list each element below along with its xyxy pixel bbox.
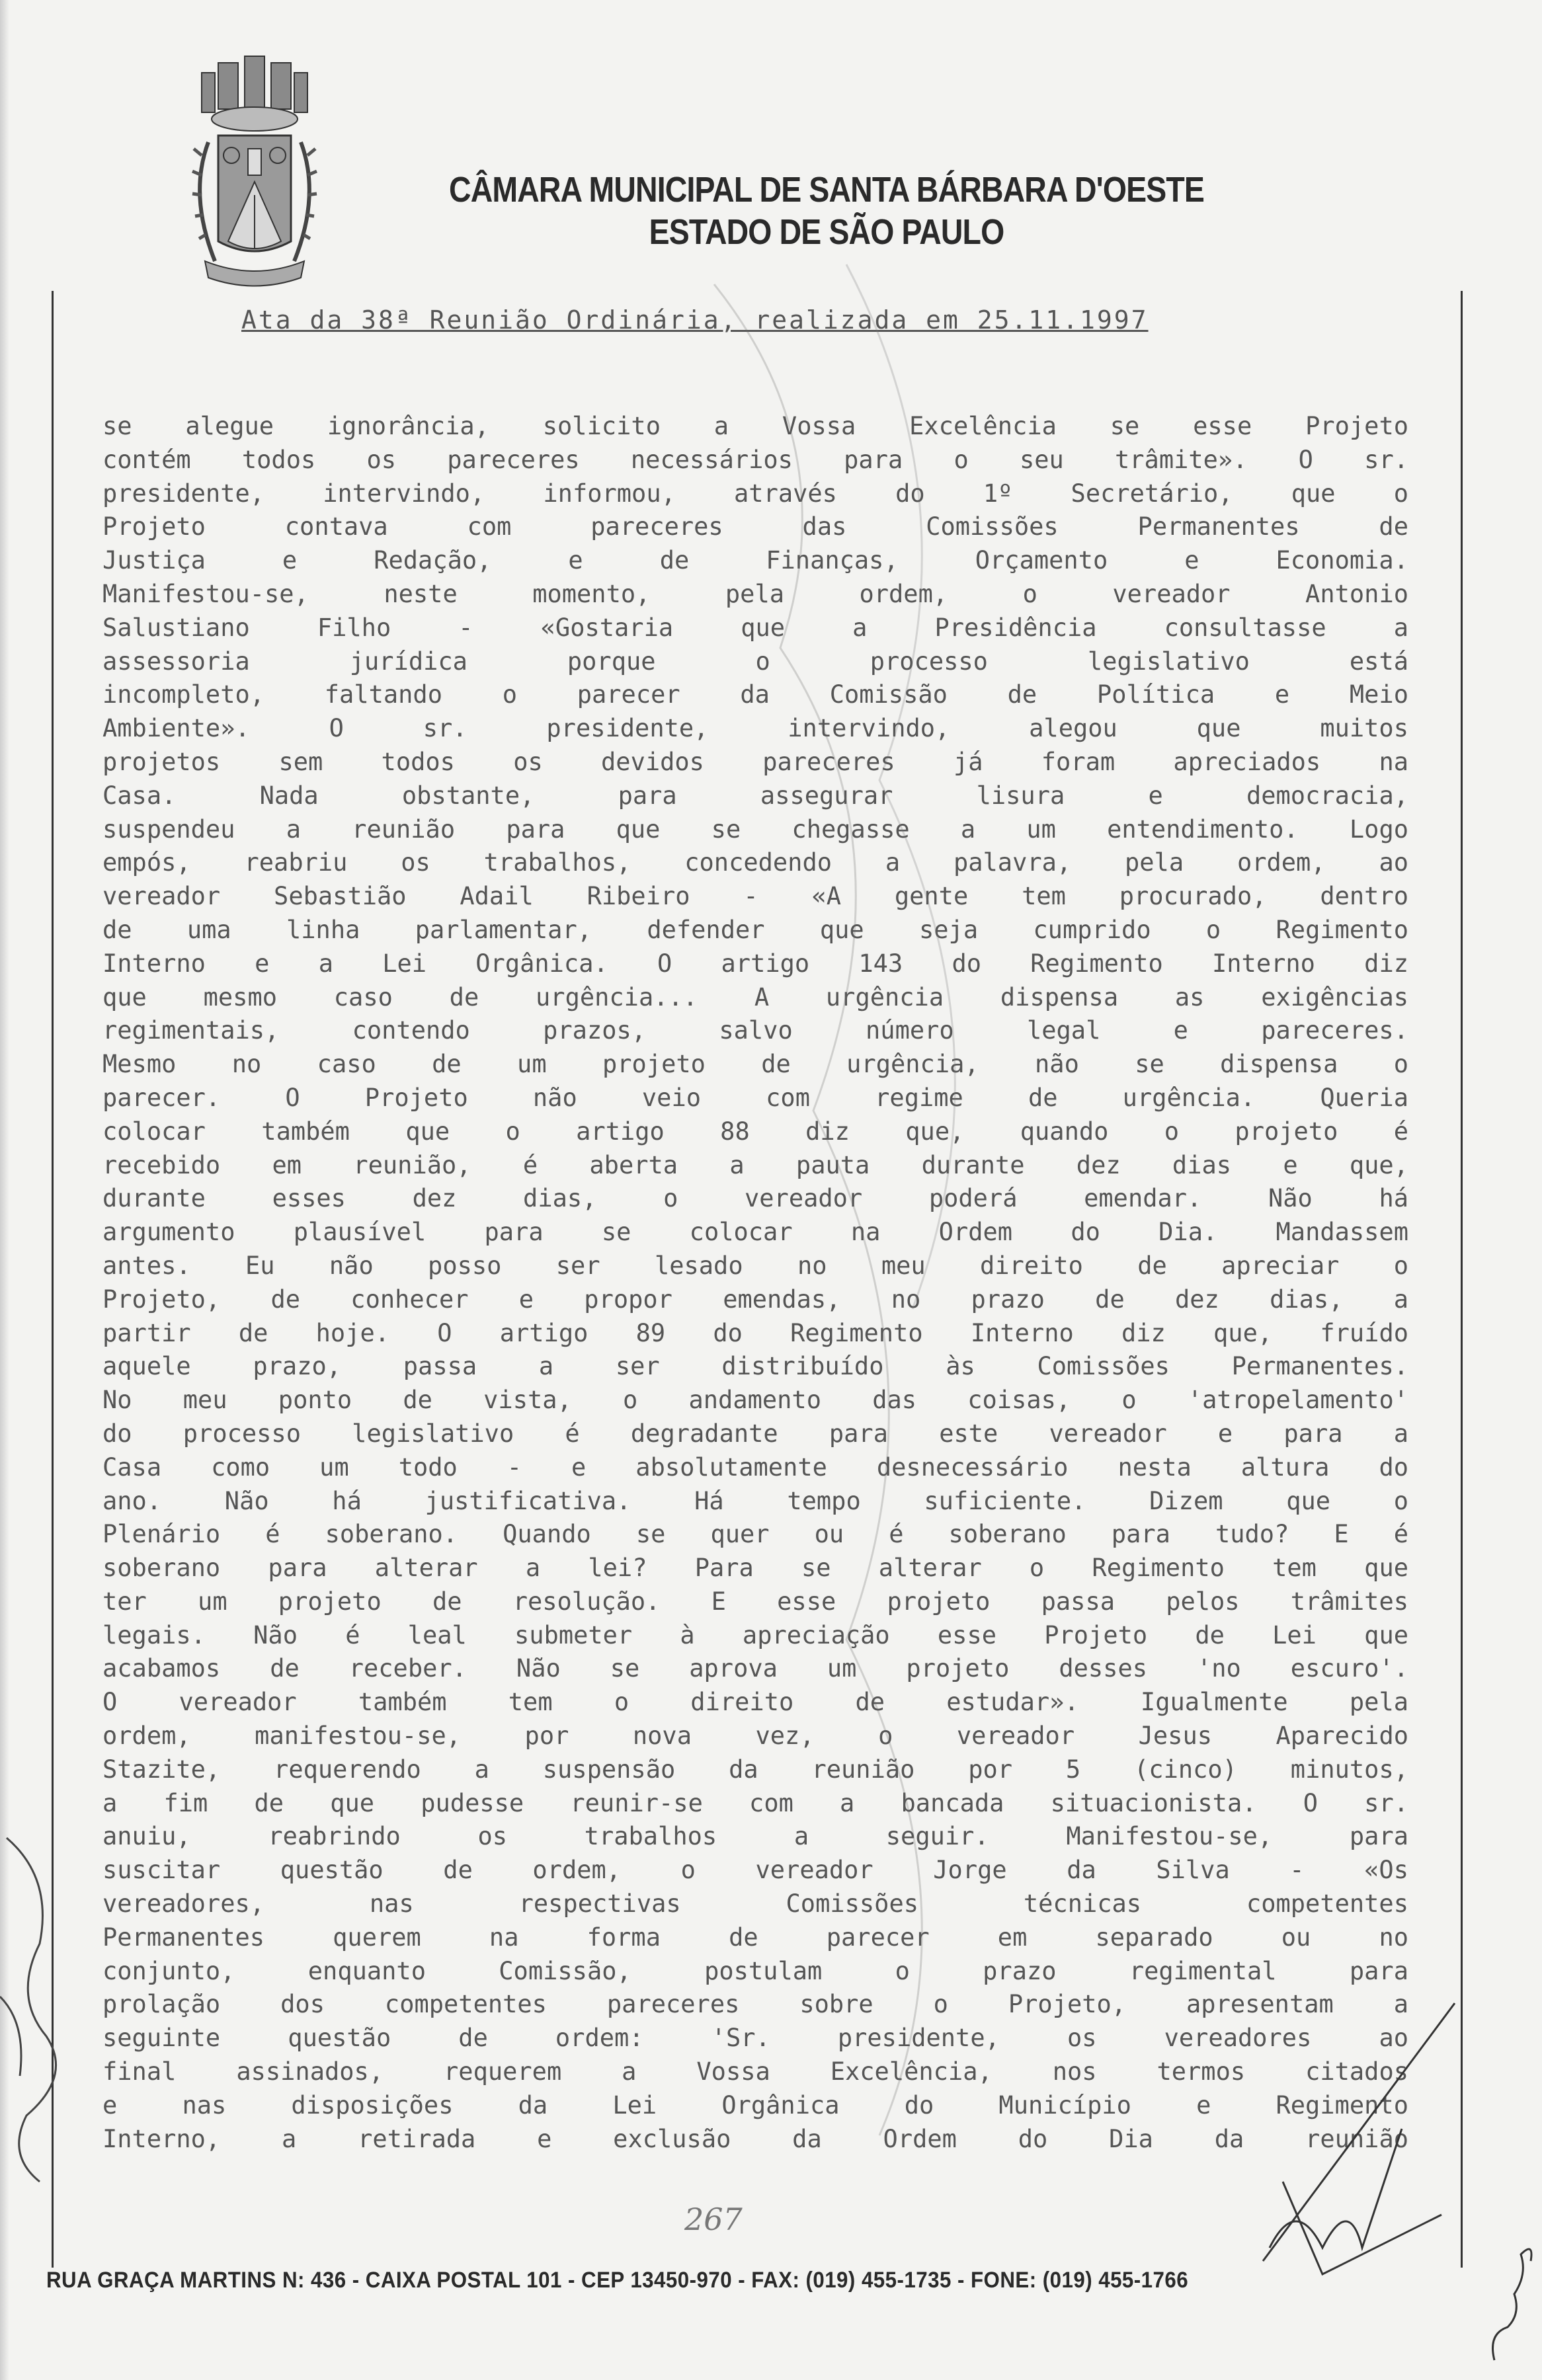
text-line: anuiu, reabrindo os trabalhos a seguir. …	[102, 1820, 1408, 1854]
text-line: No meu ponto de vista, o andamento das c…	[102, 1384, 1408, 1417]
text-line: presidente, intervindo, informou, atravé…	[102, 477, 1408, 511]
text-line: do processo legislativo é degradante par…	[102, 1417, 1408, 1451]
left-margin-rule	[52, 291, 54, 2268]
text-line: colocar também que o artigo 88 diz que, …	[102, 1115, 1408, 1149]
text-line: projetos sem todos os devidos pareceres …	[102, 746, 1408, 779]
text-line: argumento plausível para se colocar na O…	[102, 1216, 1408, 1249]
text-line: se alegue ignorância, solicito a Vossa E…	[102, 410, 1408, 444]
minutes-body: se alegue ignorância, solicito a Vossa E…	[102, 410, 1408, 2156]
text-line: Ambiente». O sr. presidente, intervindo,…	[102, 712, 1408, 746]
text-line: Interno, a retirada e exclusão da Ordem …	[102, 2123, 1408, 2157]
text-line: ter um projeto de resolução. E esse proj…	[102, 1585, 1408, 1619]
text-line: e nas disposições da Lei Orgânica do Mun…	[102, 2089, 1408, 2123]
text-line: Permanentes querem na forma de parecer e…	[102, 1921, 1408, 1955]
signature-left-margin	[0, 1798, 79, 2195]
letterhead: CÂMARA MUNICIPAL DE SANTA BÁRBARA D'OEST…	[370, 169, 1283, 253]
text-line: conjunto, enquanto Comissão, postulam o …	[102, 1955, 1408, 1989]
text-line: seguinte questão de ordem: 'Sr. presiden…	[102, 2022, 1408, 2055]
text-line: Casa como um todo - e absolutamente desn…	[102, 1451, 1408, 1485]
text-line: empós, reabriu os trabalhos, concedendo …	[102, 846, 1408, 880]
page-number: 267	[684, 2201, 743, 2237]
text-line: Mesmo no caso de um projeto de urgência,…	[102, 1048, 1408, 1082]
text-line: Casa. Nada obstante, para assegurar lisu…	[102, 779, 1408, 813]
text-line: Projeto contava com pareceres das Comiss…	[102, 510, 1408, 544]
text-line: ano. Não há justificativa. Há tempo sufi…	[102, 1485, 1408, 1519]
text-line: O vereador também tem o direito de estud…	[102, 1686, 1408, 1720]
municipal-coat-of-arms-icon	[155, 50, 354, 288]
text-line: assessoria jurídica porque o processo le…	[102, 645, 1408, 679]
text-line: suscitar questão de ordem, o vereador Jo…	[102, 1854, 1408, 1887]
text-line: Salustiano Filho - «Gostaria que a Presi…	[102, 612, 1408, 645]
text-line: regimentais, contendo prazos, salvo núme…	[102, 1014, 1408, 1048]
scan-edge-shadow	[0, 0, 9, 2380]
text-line: Interno e a Lei Orgânica. O artigo 143 d…	[102, 947, 1408, 981]
text-line: que mesmo caso de urgência... A urgência…	[102, 981, 1408, 1015]
institution-name: CÂMARA MUNICIPAL DE SANTA BÁRBARA D'OEST…	[434, 169, 1219, 211]
text-line: ordem, manifestou-se, por nova vez, o ve…	[102, 1720, 1408, 1753]
text-line: incompleto, faltando o parecer da Comiss…	[102, 678, 1408, 712]
text-line: vereador Sebastião Adail Ribeiro - «A ge…	[102, 880, 1408, 914]
text-line: contém todos os pareceres necessários pa…	[102, 444, 1408, 477]
text-line: Stazite, requerendo a suspensão da reuni…	[102, 1753, 1408, 1787]
text-line: suspendeu a reunião para que se chegasse…	[102, 813, 1408, 847]
text-line: parecer. O Projeto não veio com regime d…	[102, 1082, 1408, 1115]
footer-address: RUA GRAÇA MARTINS N: 436 - CAIXA POSTAL …	[46, 2268, 1336, 2293]
text-line: partir de hoje. O artigo 89 do Regimento…	[102, 1317, 1408, 1351]
text-line: Plenário é soberano. Quando se quer ou é…	[102, 1518, 1408, 1552]
text-line: final assinados, requerem a Vossa Excelê…	[102, 2055, 1408, 2089]
text-line: durante esses dez dias, o vereador poder…	[102, 1182, 1408, 1216]
text-line: vereadores, nas respectivas Comissões té…	[102, 1887, 1408, 1921]
text-line: Justiça e Redação, e de Finanças, Orçame…	[102, 544, 1408, 578]
text-line: antes. Eu não posso ser lesado no meu di…	[102, 1249, 1408, 1283]
document-title: Ata da 38ª Reunião Ordinária, realizada …	[241, 305, 1149, 335]
text-line: aquele prazo, passa a ser distribuído às…	[102, 1350, 1408, 1384]
text-line: de uma linha parlamentar, defender que s…	[102, 914, 1408, 947]
right-margin-rule	[1461, 291, 1463, 2268]
text-line: acabamos de receber. Não se aprova um pr…	[102, 1652, 1408, 1686]
text-line: legais. Não é leal submeter à apreciação…	[102, 1619, 1408, 1653]
initials-signature	[1481, 2235, 1541, 2367]
state-name: ESTADO DE SÃO PAULO	[434, 211, 1219, 253]
text-line: prolação dos competentes pareceres sobre…	[102, 1988, 1408, 2022]
text-line: Manifestou-se, neste momento, pela ordem…	[102, 578, 1408, 612]
text-line: a fim de que pudesse reunir-se com a ban…	[102, 1787, 1408, 1821]
text-line: recebido em reunião, é aberta a pauta du…	[102, 1149, 1408, 1183]
text-line: soberano para alterar a lei? Para se alt…	[102, 1552, 1408, 1585]
text-line: Projeto, de conhecer e propor emendas, n…	[102, 1283, 1408, 1317]
